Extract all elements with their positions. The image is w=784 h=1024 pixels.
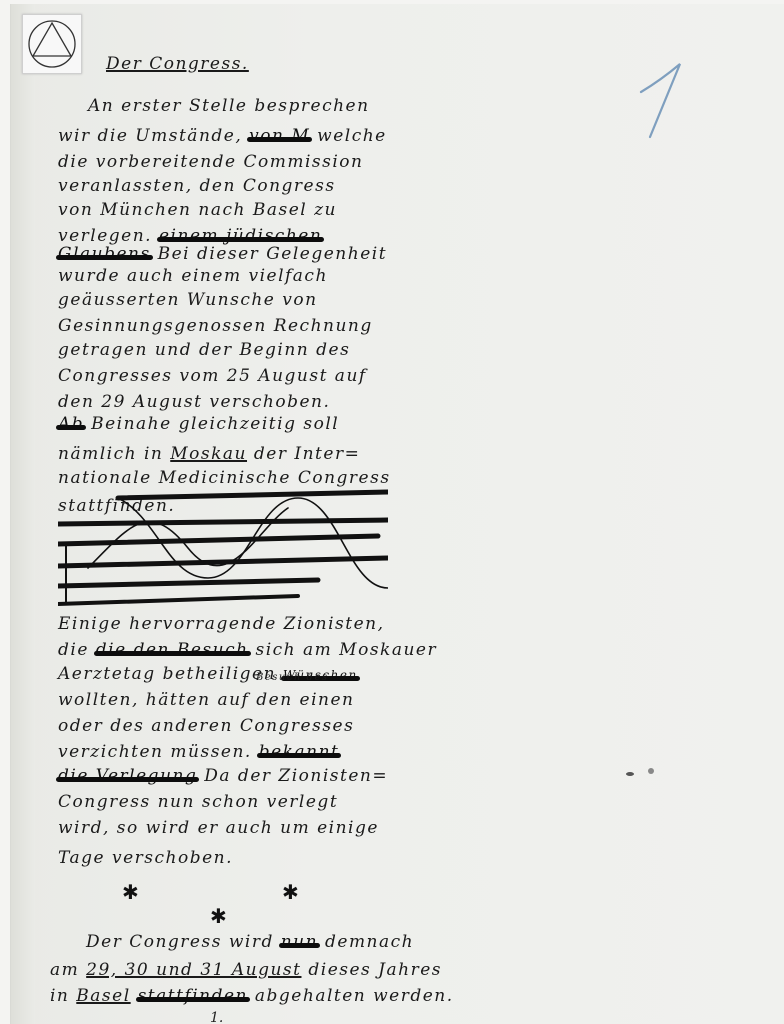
text-line: in Basel stattfinden abgehalten werden.: [50, 986, 454, 1006]
struck-word: stattfinden: [138, 986, 248, 1006]
ink-spot: [626, 772, 634, 776]
ink-spot: [648, 768, 654, 774]
text-line: wird, so wird er auch um einige: [58, 818, 379, 838]
struck-word: von M: [249, 126, 310, 146]
text-line: die Verlegung Da der Zionisten=: [58, 766, 388, 786]
asterisk-divider: ✱: [210, 904, 227, 928]
text-line: Tage verschoben.: [58, 848, 233, 868]
folio-number: [636, 62, 686, 142]
struck-word: Ab: [58, 414, 84, 434]
text-line: Congresses vom 25 August auf: [58, 366, 367, 386]
text-line: wollten, hätten auf den einen: [58, 690, 355, 710]
text-line: oder des anderen Congresses: [58, 716, 354, 736]
bottom-mark: 1.: [210, 1010, 223, 1024]
text-line: verzichten müssen. bekannt: [58, 742, 339, 762]
text-line: am 29, 30 und 31 August dieses Jahres: [50, 960, 442, 980]
text-line: nämlich in Moskau der Inter=: [58, 444, 360, 464]
text-line: geäusserten Wunsche von: [58, 290, 318, 310]
text-line: verlegen. einem jüdischen: [58, 226, 322, 246]
interlinear-insertion: Besuch des: [256, 672, 329, 683]
paper-edge: [11, 4, 35, 1024]
text-line: Der Congress wird nun demnach: [86, 932, 414, 952]
text-line: Glaubens Bei dieser Gelegenheit: [58, 244, 387, 264]
asterisk-divider: ✱: [122, 880, 139, 904]
text-line: getragen und der Beginn des: [58, 340, 350, 360]
text-line: nationale Medicinische Congress: [58, 468, 391, 488]
text-line: den 29 August verschoben.: [58, 392, 330, 412]
text-line: die die den Besuch sich am Moskauer: [58, 640, 437, 660]
circle-triangle-emblem-icon: [26, 18, 78, 70]
text-line: Ab Beinahe gleichzeitig soll: [58, 414, 339, 434]
struck-word: Glaubens: [58, 244, 151, 264]
text-line: wurde auch einem vielfach: [58, 266, 328, 286]
text-line: die vorbereitende Commission: [58, 152, 364, 172]
text-line: Congress nun schon verlegt: [58, 792, 338, 812]
struck-word: die Verlegung: [58, 766, 197, 786]
archive-stamp: [22, 14, 82, 74]
text-line: Gesinnungsgenossen Rechnung: [58, 316, 373, 336]
text-line: wir die Umstände, von M welche: [58, 126, 387, 146]
document-title: Der Congress.: [106, 54, 249, 74]
struck-word: die den Besuch: [96, 640, 249, 660]
text-line: veranlassten, den Congress: [58, 176, 336, 196]
struck-word: nun: [281, 932, 318, 952]
asterisk-divider: ✱: [282, 880, 299, 904]
text-line: von München nach Basel zu: [58, 200, 337, 220]
struck-word: bekannt: [259, 742, 340, 762]
struck-word: einem jüdischen: [159, 226, 322, 246]
text-line: Einige hervorragende Zionisten,: [58, 614, 385, 634]
crossed-out-paragraph: [58, 488, 388, 608]
text-line: An erster Stelle besprechen: [88, 96, 370, 116]
